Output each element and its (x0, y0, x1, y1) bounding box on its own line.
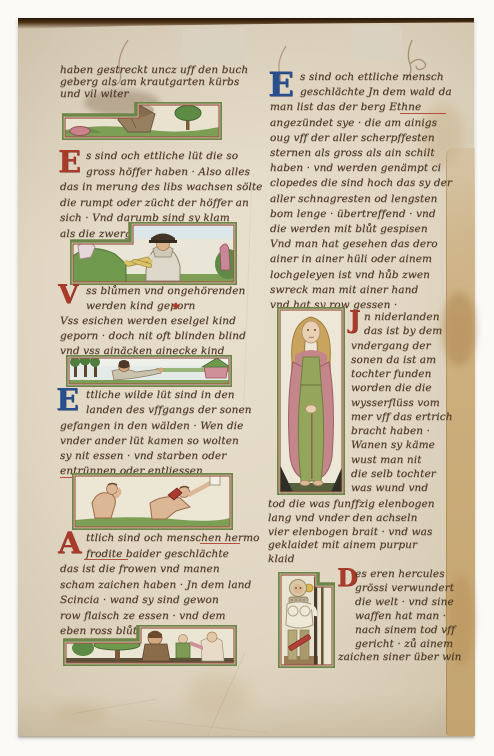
text-paragraph: ttlich sind och menschen hermo frodite b… (60, 531, 260, 640)
page-edge-shadow (18, 736, 474, 739)
text-line: das in merung des libs wachsen sölte (60, 180, 262, 196)
text-paragraph: es eren hercules grössi verwundert die w… (355, 568, 462, 665)
text-line: sternen als gross als ain schilt (270, 146, 452, 161)
tape-patch (183, 28, 245, 64)
miniature-landscape (62, 102, 222, 140)
red-underline (200, 543, 240, 544)
text-line: lochgeleyen ist vnd hůb zwen (270, 268, 452, 283)
text-line: tod die was funffzig elenbogen (268, 498, 435, 512)
text-line: ttliche wilde lüt sind in den (60, 388, 252, 403)
text-line: Vss esichen werden eselgel kind (60, 314, 246, 329)
text-line: scham zaichen haben · Jn dem land (60, 578, 260, 594)
text-line: die rumpt oder zücht der höffer an (60, 196, 262, 212)
text-line: Vnd man hat gesehen das dero (270, 237, 452, 252)
text-line: swreck man mit ainer hand (270, 283, 452, 298)
text-line: das ist die frowen vnd manen (60, 562, 260, 578)
text-line: ss blůmen vnd ongehörenden (60, 284, 246, 299)
text-line: wysserflüss vom (351, 396, 453, 410)
red-underline (400, 113, 446, 114)
text-line: ainer in ainer hüli oder ainem (270, 252, 452, 267)
text-line: geberg als am krautgarten kürbs (60, 76, 248, 88)
text-line: grössi verwundert (355, 582, 462, 596)
text-line: Scincia · wand sy sind gewon (60, 593, 260, 609)
miniature-wild-man-at-water (66, 355, 232, 387)
text-paragraph: ttliche wilde lüt sind in den landen des… (60, 388, 252, 480)
red-underline (84, 559, 128, 560)
text-line: Wanen sy käme (351, 438, 453, 452)
text-line: das ist by dem (351, 324, 453, 338)
text-line: haben gestreckt uncz uff den buch (60, 64, 248, 76)
text-line: geklaidet mit ainem purpur (268, 539, 435, 553)
miniature-naked-wild-people (72, 473, 233, 530)
text-line: sonen da ist am (351, 353, 453, 367)
text-line: clopedes die sind hoch das sy der (270, 176, 452, 191)
text-line: wust man nit (351, 453, 453, 467)
text-paragraph: s sind och ettliche mensch geschlächte J… (270, 70, 452, 313)
stain (54, 704, 106, 724)
text-line: s sind och ettliche mensch (270, 70, 452, 85)
text-line: row flaisch ze essen · vnd dem (60, 609, 260, 625)
miniature-table-scene (63, 625, 237, 666)
text-line: gefangen in den wälden · Wen die (60, 419, 252, 434)
text-line: nach sinem tod vff (355, 624, 462, 638)
text-line: vndergang der (351, 339, 453, 353)
miniature-man-with-bones (70, 222, 237, 285)
text-line: n niderlanden (351, 310, 453, 324)
text-line: werden kind geporn (60, 299, 246, 314)
text-line: landen des vffgangs der sonen (60, 403, 252, 418)
text-line: es eren hercules (355, 568, 462, 582)
text-line: die welt · vnd sine (355, 596, 462, 610)
text-line: die werden mit blůt gespisen (270, 222, 452, 237)
paragraph-mark (170, 301, 182, 311)
text-line: vnder ander lüt kamen so wolten (60, 434, 252, 449)
text-line: und vil witer (60, 88, 248, 100)
text-line: haben · vnd werden genämpt ci (270, 161, 452, 176)
text-line: vier elenbogen brait · vnd was (268, 526, 435, 540)
text-line: aller schnagresten od lengsten (270, 192, 452, 207)
text-paragraph: haben gestreckt uncz uff den buch geberg… (60, 64, 248, 100)
text-line: was wund vnd (351, 481, 453, 495)
text-paragraph: n niderlanden das ist by dem vndergang d… (351, 310, 453, 495)
text-line: waffen hat man · (355, 610, 462, 624)
text-line: geporn · doch nit oft blinden blind (60, 329, 246, 344)
text-line: s sind och ettliche lüt die so (60, 149, 262, 165)
manuscript-page: haben gestreckt uncz uff den buch geberg… (18, 18, 474, 736)
top-fold-shadow (18, 18, 474, 29)
text-line: lang vnd vnder den achseln (268, 512, 435, 526)
text-paragraph: ss blůmen vnd ongehörenden werden kind g… (60, 284, 246, 359)
text-line: mer vff das ertrich (351, 410, 453, 424)
text-line: gericht · zů ainem (355, 638, 462, 652)
miniature-hercules (278, 572, 335, 668)
text-line: bracht haben · (351, 424, 453, 438)
text-line: oug vff der aller scherpffesten (270, 131, 452, 146)
text-paragraph: tod die was funffzig elenbogen lang vnd … (268, 498, 435, 567)
text-line: worden die die (351, 381, 453, 395)
tape-patch (352, 26, 402, 58)
text-line: geschlächte Jn dem wald da (270, 85, 452, 100)
text-line: bom lenge · übertreffend · vnd (270, 207, 452, 222)
table-scene-art (66, 631, 234, 663)
text-line: angezündet sye · die am ainigs (270, 116, 452, 131)
text-line: gross höffer haben · Also alles (60, 165, 262, 181)
text-line: zaichen siner über win (338, 651, 462, 665)
text-line: sy nit essen · vnd starben oder (60, 449, 252, 464)
text-line: tochter funden (351, 367, 453, 381)
miniature-giant-maiden (277, 307, 345, 495)
text-line: die selb tochter (351, 467, 453, 481)
